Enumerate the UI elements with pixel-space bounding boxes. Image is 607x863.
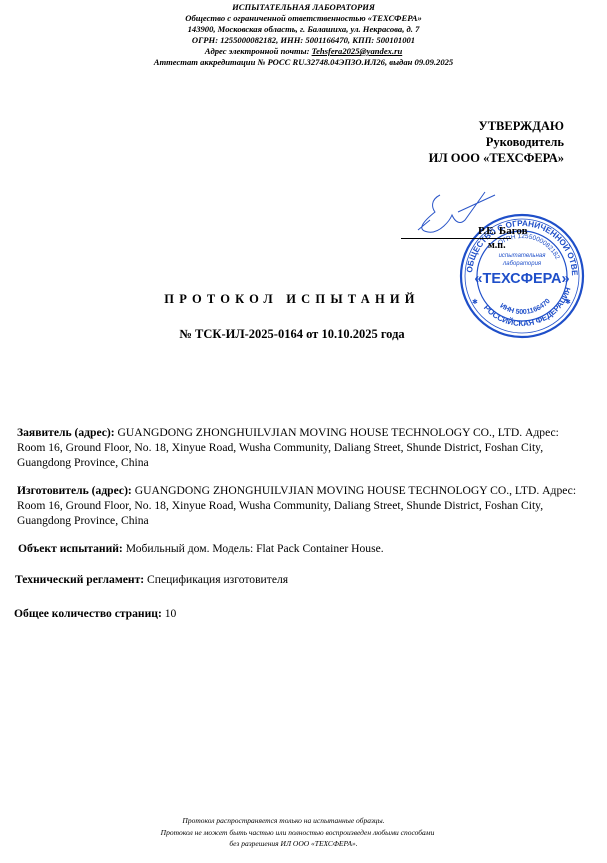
page-count-label: Общее количество страниц:	[14, 607, 162, 620]
applicant-label: Заявитель (адрес):	[17, 426, 115, 439]
footer-line-3: без разрешения ИЛ ООО «ТЕХСФЕРА».	[0, 838, 607, 850]
footer-line-2: Протокол не может быть частью или полнос…	[0, 827, 607, 839]
document-number: № ТСК-ИЛ-2025-0164 от 10.10.2025 года	[0, 327, 584, 342]
regulation-field: Технический регламент: Спецификация изго…	[15, 572, 575, 587]
company-address: 143900, Московская область, г. Балашиха,…	[0, 24, 607, 35]
lab-name: ИСПЫТАТЕЛЬНАЯ ЛАБОРАТОРИЯ	[0, 2, 607, 13]
seal-mark: м.п.	[488, 240, 506, 251]
test-object-value: Мобильный дом. Модель: Flat Pack Contain…	[123, 542, 384, 555]
manufacturer-field: Изготовитель (адрес): GUANGDONG ZHONGHUI…	[17, 483, 577, 528]
lab-header: ИСПЫТАТЕЛЬНАЯ ЛАБОРАТОРИЯ Общество с огр…	[0, 2, 607, 68]
svg-text:«ТЕХСФЕРА»: «ТЕХСФЕРА»	[474, 271, 569, 287]
test-object-field: Объект испытаний: Мобильный дом. Модель:…	[18, 541, 578, 556]
approve-label: УТВЕРЖДАЮ	[429, 118, 564, 134]
page-count-field: Общее количество страниц: 10	[14, 606, 574, 621]
test-object-label: Объект испытаний:	[18, 542, 123, 555]
company-registry: ОГРН: 1255000082182, ИНН: 5001166470, КП…	[0, 35, 607, 46]
document-title: ПРОТОКОЛ ИСПЫТАНИЙ	[0, 292, 584, 307]
svg-text:испытательная: испытательная	[499, 253, 547, 259]
email-link[interactable]: Tehsfera2025@yandex.ru	[312, 46, 403, 56]
page-count-value: 10	[162, 607, 177, 620]
regulation-label: Технический регламент:	[15, 573, 144, 586]
email-line: Адрес электронной почты: Tehsfera2025@ya…	[0, 46, 607, 57]
footer-notice: Протокол распространяется только на испы…	[0, 815, 607, 850]
signer-name: Р.Е. Багов	[478, 225, 528, 237]
email-label: Адрес электронной почты:	[205, 46, 312, 56]
approver-org: ИЛ ООО «ТЕХСФЕРА»	[429, 150, 564, 166]
manufacturer-label: Изготовитель (адрес):	[17, 484, 132, 497]
signature-line	[401, 238, 511, 239]
regulation-value: Спецификация изготовителя	[144, 573, 288, 586]
applicant-field: Заявитель (адрес): GUANGDONG ZHONGHUILVJ…	[17, 425, 577, 470]
svg-text:лаборатория: лаборатория	[502, 261, 542, 267]
accreditation: Аттестат аккредитации № РОСС RU.32748.04…	[0, 57, 607, 68]
approval-block: УТВЕРЖДАЮ Руководитель ИЛ ООО «ТЕХСФЕРА»	[429, 118, 564, 166]
company-name: Общество с ограниченной ответственностью…	[0, 13, 607, 24]
footer-line-1: Протокол распространяется только на испы…	[0, 815, 607, 827]
approver-position: Руководитель	[429, 134, 564, 150]
